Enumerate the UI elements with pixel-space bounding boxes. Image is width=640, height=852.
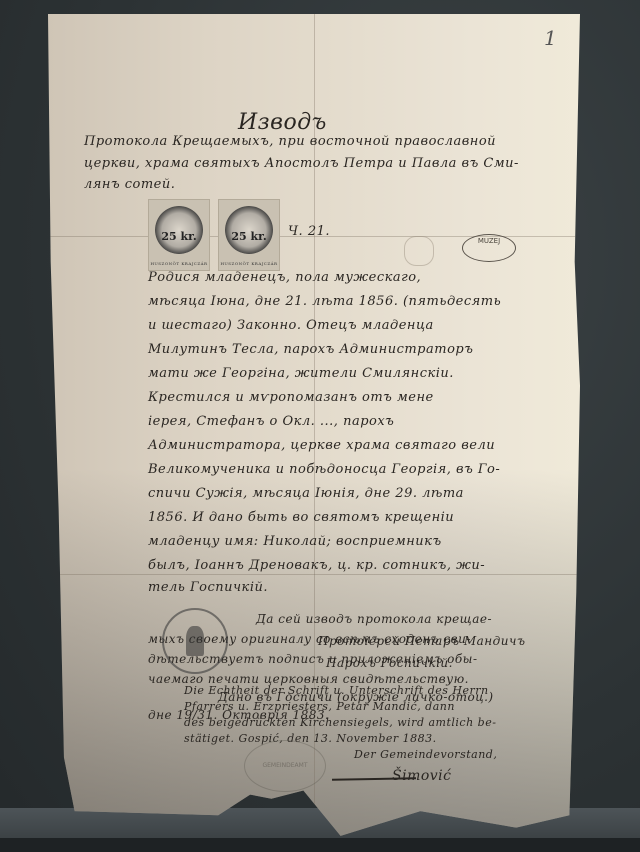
stamp-value: 25 kr. [149, 230, 209, 243]
german-line: stätiget. Gospić, den 13. November 1883. [184, 732, 437, 745]
stamp-value: 25 kr. [219, 230, 279, 243]
body-line: и шестаго) Законно. Отецъ младенца [148, 318, 434, 333]
municipal-faded-seal: GEMEINDEAMT [244, 740, 326, 792]
embossed-seal-icon [404, 236, 434, 266]
body-line: мѣсяца Iюна, дне 21. лѣта 1856. (пятьдес… [148, 294, 501, 309]
parish-round-seal [162, 608, 228, 674]
body-line: Крестился и мѵропомазанъ отъ мене [148, 390, 434, 405]
german-line: des beigedrückten Kirchensiegels, wird a… [184, 716, 496, 729]
stamp-caption: HUSZONÖT KRAJCZÁR [149, 261, 209, 266]
body-line: младенцу имя: Николай; восприемникъ [148, 534, 442, 549]
body-line: Милутинъ Тесла, парохъ Администраторъ [148, 342, 473, 357]
header-line: Протокола Крещаемыхъ, при восточной прав… [84, 134, 496, 149]
revenue-stamp: 25 kr. HUSZONÖT KRAJCZÁR [148, 199, 210, 271]
revenue-stamp: 25 kr. HUSZONÖT KRAJCZÁR [218, 199, 280, 271]
museum-oval-stamp: MUZEJ [462, 234, 516, 262]
document-title: Изводъ [238, 110, 327, 135]
display-shelf-edge [0, 838, 640, 852]
saint-figure-icon [186, 626, 204, 656]
priest-title: Парохъ Госпичкiй. [326, 656, 453, 670]
mayor-signature: Šimović [392, 768, 452, 784]
certification-line: Да сей изводъ протокола крещае- [256, 612, 492, 626]
german-line: Pfarrers u. Erzpriesters, Petar Mandić, … [184, 700, 455, 713]
body-line: Родися младенецъ, пола мужескаго, [148, 270, 421, 285]
header-line: церкви, храма святыхъ Апостолъ Петра и П… [84, 156, 519, 171]
body-line: былъ, Iоаннъ Дреновакъ, ц. кр. сотникъ, … [148, 558, 485, 573]
body-line: Администратора, церкве храма святаго вел… [148, 438, 495, 453]
header-line: лянъ сотей. [84, 177, 175, 192]
reference-number: Ч. 21. [288, 224, 330, 239]
body-line: тель Госпичкiй. [148, 580, 268, 595]
german-closing: Der Gemeindevorstand, [354, 748, 497, 761]
german-line: Die Echtheit der Schrift u. Unterschrift… [184, 684, 489, 697]
body-line: 1856. И дано быть во святомъ крещенiи [148, 510, 454, 525]
page-number: 1 [544, 26, 557, 50]
stamp-caption: HUSZONÖT KRAJCZÁR [219, 261, 279, 266]
priest-signature: Протоiерей Петаръ Мандичъ [318, 634, 525, 648]
body-line: спичи Сужiя, мѣсяца Iюнiя, дне 29. лѣта [148, 486, 464, 501]
body-line: iерея, Стефанъ о Окл. ..., парохъ [148, 414, 394, 429]
body-line: Великомученика и побѣдоносца Георгiя, въ… [148, 462, 500, 477]
body-line: мати же Георгiна, жители Смилянскiи. [148, 366, 454, 381]
